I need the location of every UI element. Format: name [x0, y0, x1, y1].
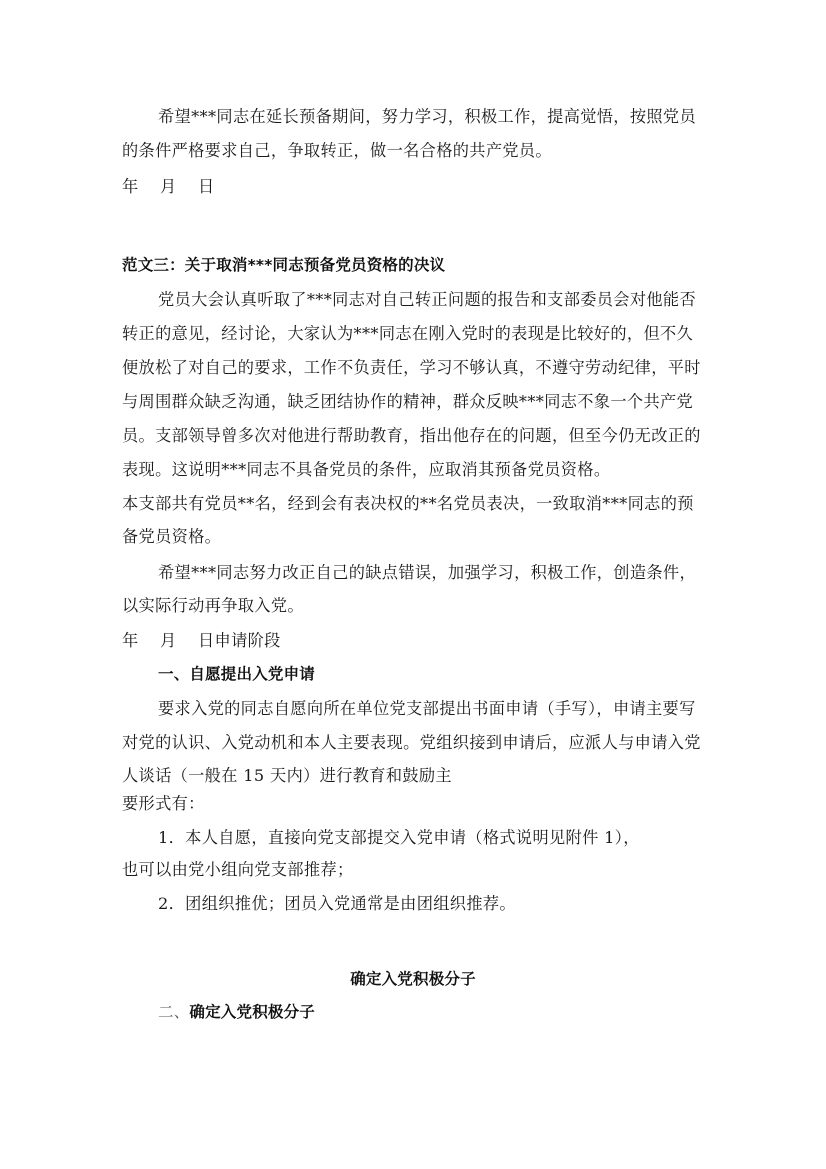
document-page: 希望***同志在延长预备期间，努力学习，积极工作，提高觉悟，按照党员 的条件严格… — [0, 0, 826, 1169]
paragraph-line: 人谈话（一般在 15 天内）进行教育和鼓励主 — [122, 766, 708, 786]
list-item: 2．团组织推优；团员入党通常是由团组织推荐。 — [158, 894, 708, 914]
heading-text: 确定入党积极分子 — [189, 1003, 315, 1021]
paragraph-line: 与周围群众缺乏沟通，缺乏团结协作的精神，群众反映***同志不象一个共产党 — [122, 392, 708, 412]
paragraph-line: 要形式有： — [122, 794, 708, 814]
date-year: 年 — [122, 177, 160, 197]
date-line: 年月日申请阶段 — [122, 631, 708, 651]
paragraph-line: 本支部共有党员**名，经到会有表决权的**名党员表决，一致取消***同志的预 — [122, 494, 708, 514]
section-heading: 范文三：关于取消***同志预备党员资格的决议 — [122, 255, 708, 275]
paragraph-line: 的条件严格要求自己，争取转正，做一名合格的共产党员。 — [122, 141, 708, 161]
paragraph-line: 便放松了对自己的要求，工作不负责任，学习不够认真，不遵守劳动纪律，平时 — [122, 358, 708, 378]
paragraph-line: 对党的认识、入党动机和本人主要表现。党组织接到申请后，应派人与申请入党 — [122, 733, 708, 753]
centered-title: 确定入党积极分子 — [0, 969, 826, 989]
date-line: 年月日 — [122, 177, 708, 197]
date-day: 日 — [198, 177, 215, 197]
paragraph-line: 希望***同志努力改正自己的缺点错误，加强学习，积极工作，创造条件， — [158, 563, 708, 583]
date-month: 月 — [160, 177, 198, 197]
date-month: 月 — [160, 631, 198, 651]
subsection-heading: 二、确定入党积极分子 — [158, 1002, 708, 1022]
date-day-stage-title: 日申请阶段 — [198, 631, 281, 651]
paragraph-line: 转正的意见，经讨论，大家认为***同志在刚入党时的表现是比较好的，但不久 — [122, 324, 708, 344]
paragraph-line: 员。支部领导曾多次对他进行帮助教育，指出他存在的问题，但至今仍无改正的 — [122, 426, 708, 446]
paragraph-line: 希望***同志在延长预备期间，努力学习，积极工作，提高觉悟，按照党员 — [158, 107, 708, 127]
paragraph-line: 表现。这说明***同志不具备党员的条件，应取消其预备党员资格。 — [122, 460, 708, 480]
date-year: 年 — [122, 631, 160, 651]
subsection-heading: 一、自愿提出入党申请 — [158, 664, 708, 684]
paragraph-line: 以实际行动再争取入党。 — [122, 596, 708, 616]
paragraph-line: 备党员资格。 — [122, 527, 708, 547]
paragraph-line: 党员大会认真听取了***同志对自己转正问题的报告和支部委员会对他能否 — [158, 290, 708, 310]
list-item: 1．本人自愿，直接向党支部提交入党申请（格式说明见附件 1）， — [158, 828, 708, 848]
list-item-continuation: 也可以由党小组向党支部推荐； — [122, 860, 708, 880]
paragraph-line: 要求入党的同志自愿向所在单位党支部提出书面申请（手写），申请主要写 — [158, 699, 708, 719]
heading-number: 二、 — [158, 1003, 189, 1021]
